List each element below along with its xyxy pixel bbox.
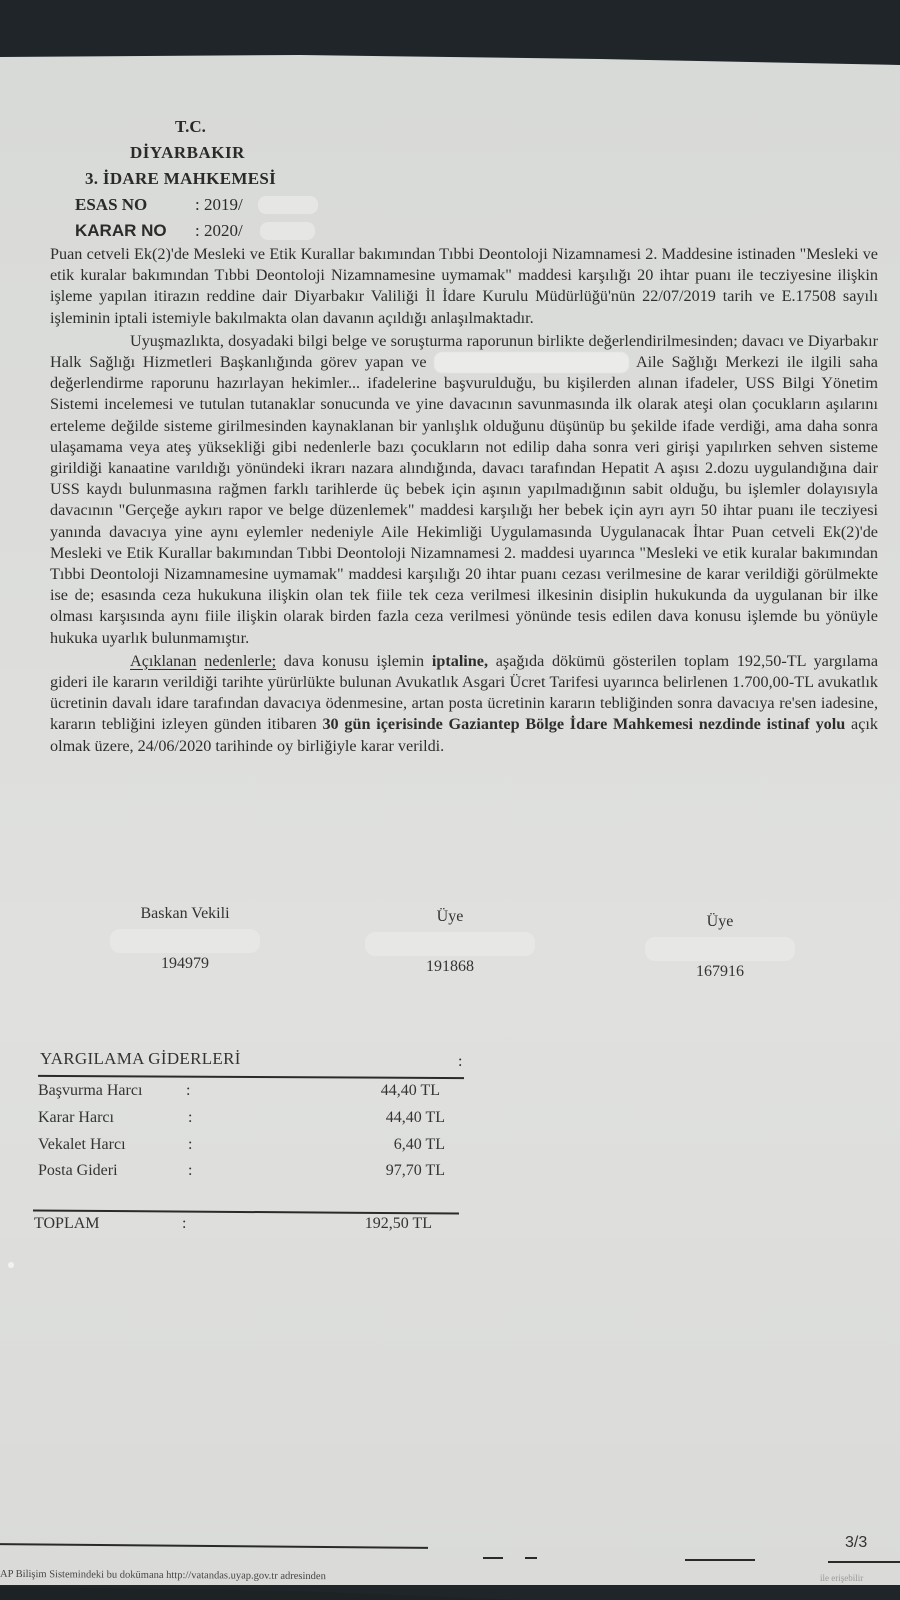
signature-number: 167916	[645, 963, 795, 981]
signature-number: 191868	[365, 958, 535, 976]
underlined-text: Açıklanan	[130, 652, 197, 670]
verdict-bold-annulment: iptaline,	[432, 652, 488, 670]
redacted-name: ██████████	[434, 352, 629, 373]
cost-total-amount: 192,50 TL	[365, 1215, 432, 1233]
cost-name: Karar Harcı	[38, 1109, 114, 1127]
cost-amount: 97,70 TL	[386, 1162, 445, 1180]
costs-title: YARGILAMA GİDERLERİ	[40, 1049, 241, 1069]
footer-uyap-notice: AP Bilişim Sistemindeki bu dokümana http…	[0, 1569, 326, 1582]
cost-colon: :	[182, 1215, 186, 1233]
underlined-text: nedenlerle;	[204, 652, 276, 670]
signature-name-redacted	[110, 929, 260, 953]
header-city: DİYARBAKIR	[130, 143, 245, 163]
signature-role: Üye	[365, 908, 535, 930]
cost-name: Vekalet Harcı	[38, 1136, 126, 1154]
signature-block-chair: Baskan Vekili 194979	[110, 905, 260, 973]
signature-role: Üye	[645, 913, 795, 935]
esas-no-value: : 2019/	[195, 195, 243, 215]
costs-title-colon: :	[458, 1053, 462, 1071]
cost-total-label: TOPLAM	[34, 1215, 100, 1233]
paragraph-evaluation-text-b: Aile Sağlığı Merkezi ile ilgili saha değ…	[50, 353, 878, 647]
esas-no-redaction	[258, 196, 318, 214]
header-court: 3. İDARE MAHKEMESİ	[85, 169, 276, 189]
decision-body: Puan cetveli Ek(2)'de Mesleki ve Etik Ku…	[50, 244, 878, 757]
footer-rule-fragment	[525, 1557, 537, 1559]
cost-colon: :	[188, 1162, 192, 1180]
karar-no-value: : 2020/	[195, 221, 243, 241]
signature-block-member-2: Üye 167916	[645, 913, 795, 981]
signature-block-member-1: Üye 191868	[365, 908, 535, 976]
signature-name-redacted	[645, 937, 795, 961]
footer-rule-fragment	[828, 1561, 900, 1563]
paragraph-claim: Puan cetveli Ek(2)'de Mesleki ve Etik Ku…	[50, 244, 878, 329]
verdict-text-a: dava konusu işlemin	[276, 652, 432, 670]
karar-no-label: KARAR NO	[75, 221, 167, 241]
cost-name: Başvurma Harcı	[38, 1082, 142, 1100]
cost-colon: :	[188, 1109, 192, 1127]
paragraph-verdict: Açıklanan nedenlerle; dava konusu işlemi…	[50, 651, 878, 757]
page-number: 3/3	[845, 1534, 867, 1552]
cost-colon: :	[186, 1082, 190, 1100]
paper-speck	[8, 1262, 14, 1268]
cost-amount: 44,40 TL	[381, 1082, 440, 1100]
footer-rule-fragment	[685, 1559, 755, 1561]
cost-amount: 44,40 TL	[386, 1109, 445, 1127]
header-tc: T.C.	[175, 117, 206, 137]
signature-name-redacted	[365, 932, 535, 956]
karar-no-redaction	[260, 222, 315, 240]
signature-role: Baskan Vekili	[110, 905, 260, 927]
footer-rule-fragment	[483, 1557, 503, 1559]
verdict-bold-appeal: 30 gün içerisinde Gaziantep Bölge İdare …	[322, 715, 845, 733]
esas-no-label: ESAS NO	[75, 195, 147, 215]
signature-number: 194979	[110, 955, 260, 973]
paragraph-evaluation: Uyuşmazlıkta, dosyadaki bilgi belge ve s…	[50, 331, 878, 649]
cost-name: Posta Gideri	[38, 1162, 118, 1180]
footer-trailing-text: ile erişebilir	[820, 1573, 863, 1583]
cost-amount: 6,40 TL	[394, 1136, 445, 1154]
cost-colon: :	[188, 1136, 192, 1154]
